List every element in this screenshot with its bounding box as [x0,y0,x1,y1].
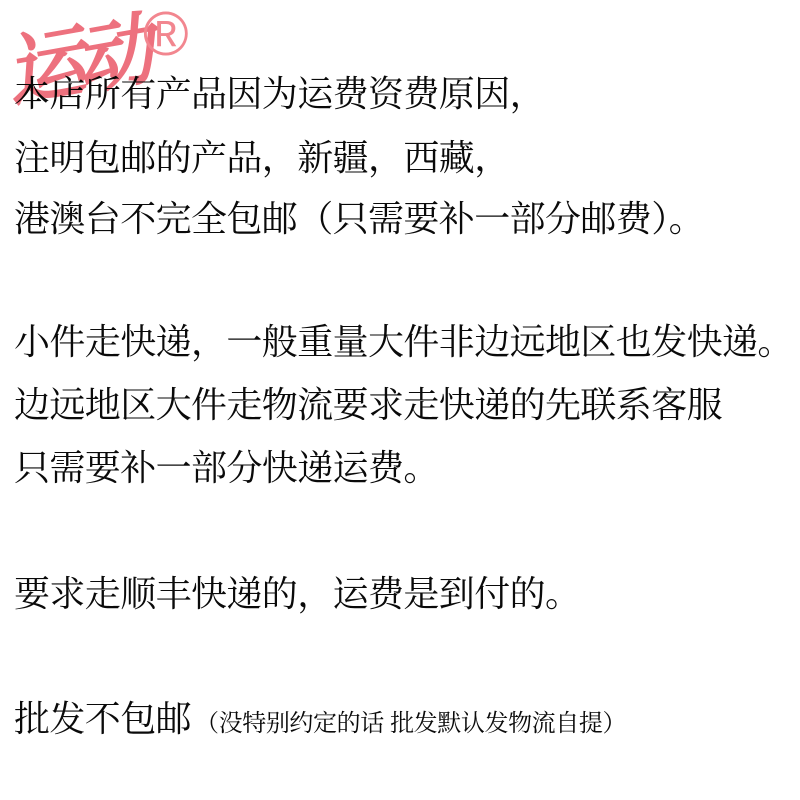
notice-line-remote-large-items: 边远地区大件走物流要求走快递的先联系客服 [14,387,722,423]
notice-line-partial-postage: 港澳台不完全包邮（只需要补一部分邮费）。 [14,201,704,237]
notice-line-express-fee-supplement: 只需要补一部分快递运费。 [14,450,439,486]
notice-line-wholesale: 批发不包邮 （没特别约定的话 批发默认发物流自提） [14,701,626,737]
wholesale-main-text: 批发不包邮 [14,701,191,737]
shipping-notice-page: 运动 ® 本店所有产品因为运费资费原因， 注明包邮的产品，新疆，西藏， 港澳台不… [0,0,800,800]
notice-line-freight-reason: 本店所有产品因为运费资费原因， [14,76,545,112]
notice-line-sf-express-collect: 要求走顺丰快递的，运费是到付的。 [14,576,580,612]
registered-trademark-icon: ® [143,4,189,66]
notice-line-free-shipping-regions: 注明包邮的产品，新疆，西藏， [14,140,510,176]
notice-line-small-items-express: 小件走快递，一般重量大件非边远地区也发快递。 [14,324,793,360]
wholesale-note-text: （没特别约定的话 批发默认发物流自提） [195,712,626,736]
